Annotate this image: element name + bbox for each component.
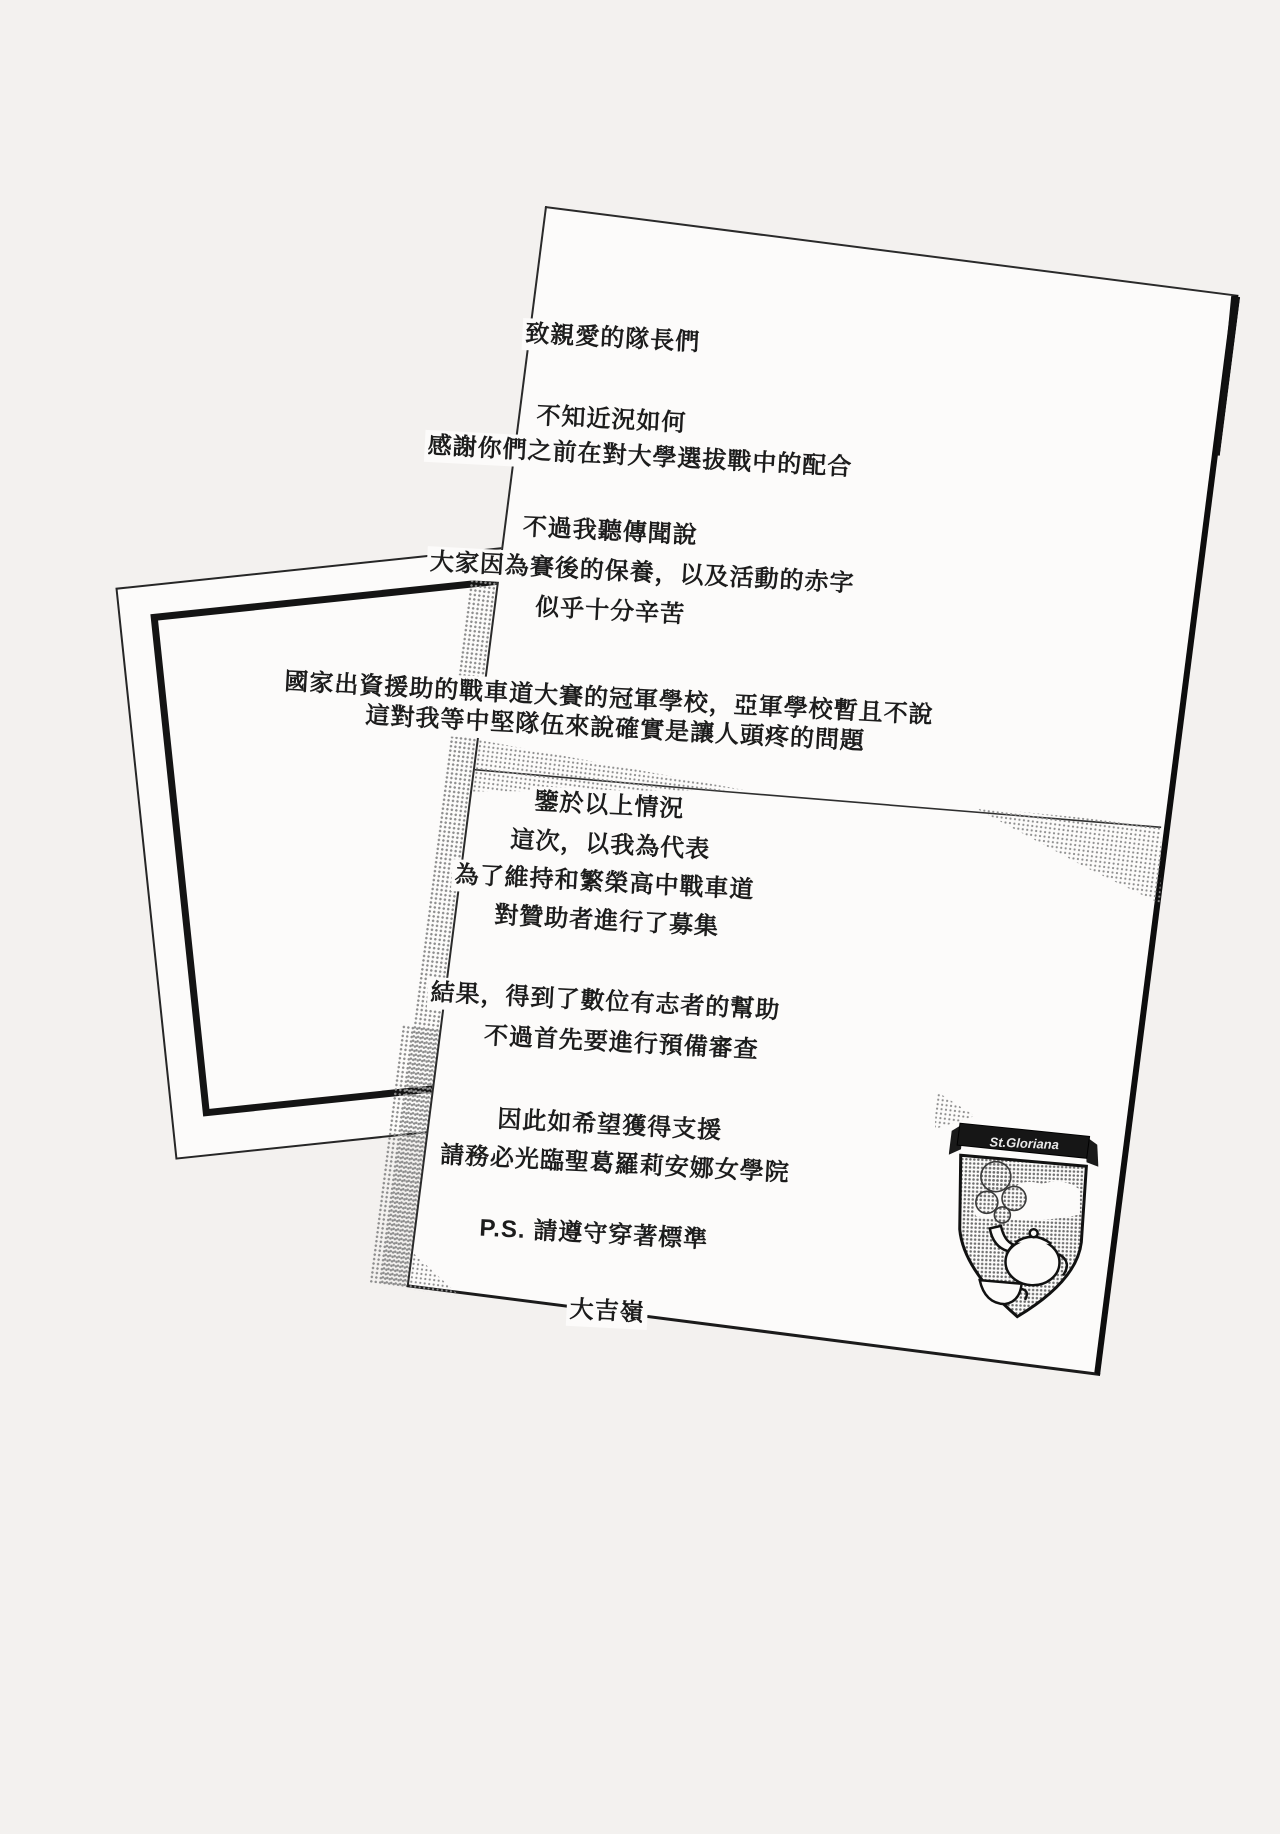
letter-line-17: P.S. 請遵守穿著標準	[476, 1212, 712, 1256]
letter-line-3: 感謝你們之前在對大學選拔戰中的配合	[424, 430, 856, 485]
manga-letter-page: St.Gloriana 致親愛的隊長們 不知近況如何 感謝你們之前在對大學選拔戰…	[0, 0, 1280, 1834]
letter-line-10: 這次，以我為代表	[507, 824, 714, 867]
letter-line-16: 請務必光臨聖葛羅莉安娜女學院	[436, 1139, 793, 1190]
letter-line-1: 致親愛的隊長們	[522, 318, 704, 359]
letter-line-12: 對贊助者進行了募集	[490, 900, 722, 944]
letter-paper: St.Gloriana 致親愛的隊長們 不知近況如何 感謝你們之前在對大學選拔戰…	[407, 206, 1239, 1376]
letter-line-9: 鑒於以上情況	[531, 786, 688, 826]
letter-line-4: 不過我聽傳聞說	[519, 511, 701, 552]
letter-line-13: 結果，得到了數位有志者的幫助	[427, 977, 784, 1028]
letter-line-14: 不過首先要進行預備審查	[480, 1020, 762, 1067]
letter-line-15: 因此如希望獲得支援	[494, 1104, 726, 1148]
letter-line-6: 似乎十分辛苦	[531, 591, 688, 631]
letter-text: 致親愛的隊長們 不知近況如何 感謝你們之前在對大學選拔戰中的配合 不過我聽傳聞說…	[408, 208, 1240, 1378]
signature: 大吉嶺	[566, 1294, 649, 1330]
letter-line-2: 不知近況如何	[533, 400, 690, 440]
